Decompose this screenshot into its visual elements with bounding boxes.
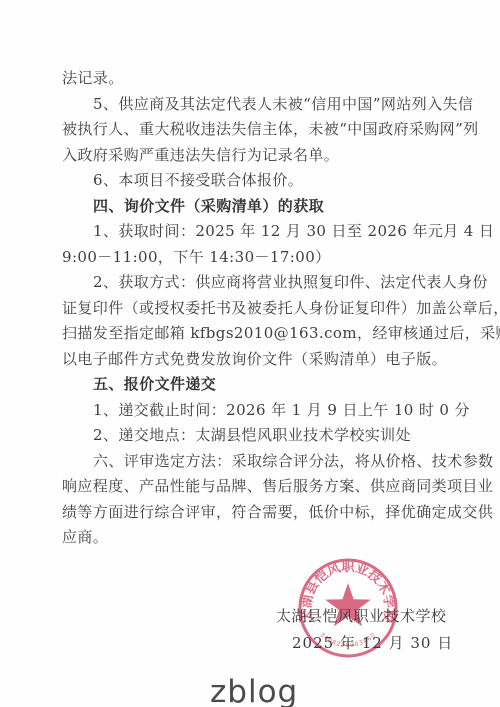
document-line: 以电子邮件方式免费发放询价文件（采购清单）电子版。 (62, 347, 464, 373)
document-line-email: 扫描发至指定邮箱 kfbgs2010@163.com，经审核通过后，采购人 (62, 321, 464, 347)
document-line: 1、获取时间：2025 年 12 月 30 日至 2026 年元月 4 日（上午 (62, 219, 464, 245)
document-line: 9:00－11:00，下午 14:30－17:00） (62, 245, 464, 271)
document-line: 6、本项目不接受联合体报价。 (62, 168, 464, 194)
document-line: 1、递交截止时间：2026 年 1 月 9 日上午 10 时 0 分 (62, 398, 464, 424)
document-line: 证复印件（或授权委托书及被委托人身份证复印件）加盖公章后， (62, 296, 464, 322)
zblog-watermark: zblog (210, 674, 298, 707)
document-line: 响应程度、产品性能与品牌、售后服务方案、供应商同类项目业 (62, 474, 464, 500)
document-page: 法记录。 5、供应商及其法定代表人未被“信用中国”网站列入失信 被执行人、重大税… (0, 0, 500, 707)
document-line: 被执行人、重大税收违法失信主体，未被“中国政府采购网”列 (62, 117, 464, 143)
document-line: 法记录。 (62, 66, 464, 92)
document-line: 5、供应商及其法定代表人未被“信用中国”网站列入失信 (62, 92, 464, 118)
signature-organization: 太湖县恺风职业技术学校 (276, 605, 447, 626)
document-line: 2、递交地点：太湖县恺风职业技术学校实训处 (62, 423, 464, 449)
document-line: 2、获取方式：供应商将营业执照复印件、法定代表人身份 (62, 270, 464, 296)
section-heading-acquisition: 四、询价文件（采购清单）的获取 (62, 194, 464, 220)
document-line: 绩等方面进行综合评审，符合需要，低价中标，择优确定成交供 (62, 500, 464, 526)
section-heading-submission: 五、报价文件递交 (62, 372, 464, 398)
document-line: 六、评审选定方法：采取综合评分法，将从价格、技术参数 (62, 449, 464, 475)
document-body: 法记录。 5、供应商及其法定代表人未被“信用中国”网站列入失信 被执行人、重大税… (62, 66, 464, 551)
document-line: 应商。 (62, 525, 464, 551)
document-line: 入政府采购严重违法失信行为记录名单。 (62, 143, 464, 169)
signature-date: 2025 年 12 月 30 日 (292, 632, 453, 653)
